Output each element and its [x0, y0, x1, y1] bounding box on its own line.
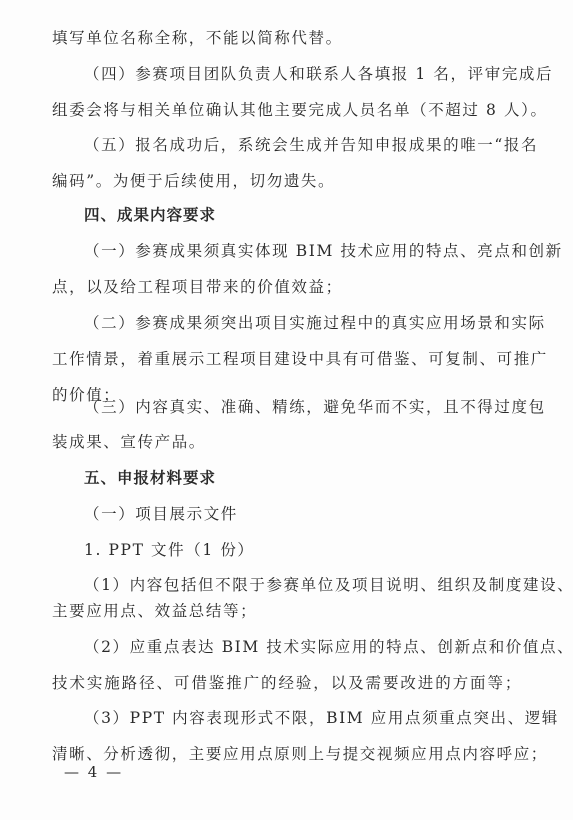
- text-line: 装成果、宣传产品。: [52, 431, 522, 453]
- page-number: — 4 —: [64, 763, 123, 781]
- text-line: 技术实施路径、可借鉴推广的经验，以及需要改进的方面等；: [52, 672, 522, 694]
- text-line: 填写单位名称全称，不能以简称代替。: [52, 27, 522, 49]
- text-line: 点，以及给工程项目带来的价值效益；: [52, 276, 522, 298]
- section-heading: 四、成果内容要求: [84, 204, 554, 226]
- text-line: 组委会将与相关单位确认其他主要完成人员名单（不超过 8 人）。: [52, 99, 522, 121]
- text-line: （一）参赛成果须真实体现 BIM 技术应用的特点、亮点和创新: [84, 240, 522, 262]
- document-page: 填写单位名称全称，不能以简称代替。 （四）参赛项目团队负责人和联系人各填报 1 …: [0, 0, 573, 820]
- section-heading: 五、申报材料要求: [84, 467, 554, 489]
- text-line: （2）应重点表达 BIM 技术实际应用的特点、创新点和价值点、: [84, 636, 522, 658]
- text-line: （五）报名成功后，系统会生成并告知申报成果的唯一“报名: [84, 134, 522, 156]
- text-line: 编码”。为便于后续使用，切勿遗失。: [52, 170, 522, 192]
- text-line: （三）内容真实、准确、精练，避免华而不实，且不得过度包: [84, 396, 522, 418]
- text-line: 主要应用点、效益总结等；: [52, 600, 522, 622]
- text-line: （1）内容包括但不限于参赛单位及项目说明、组织及制度建设、: [84, 574, 522, 596]
- text-line: 清晰、分析透彻，主要应用点原则上与提交视频应用点内容呼应；: [52, 743, 522, 765]
- text-line: 1. PPT 文件（1 份）: [84, 539, 554, 561]
- text-line: （一）项目展示文件: [84, 503, 554, 525]
- text-line: 工作情景，着重展示工程项目建设中具有可借鉴、可复制、可推广: [52, 348, 522, 370]
- text-line: （四）参赛项目团队负责人和联系人各填报 1 名，评审完成后: [84, 63, 522, 85]
- text-line: （3）PPT 内容表现形式不限，BIM 应用点须重点突出、逻辑: [84, 707, 522, 729]
- text-line: （二）参赛成果须突出项目实施过程中的真实应用场景和实际: [84, 312, 522, 334]
